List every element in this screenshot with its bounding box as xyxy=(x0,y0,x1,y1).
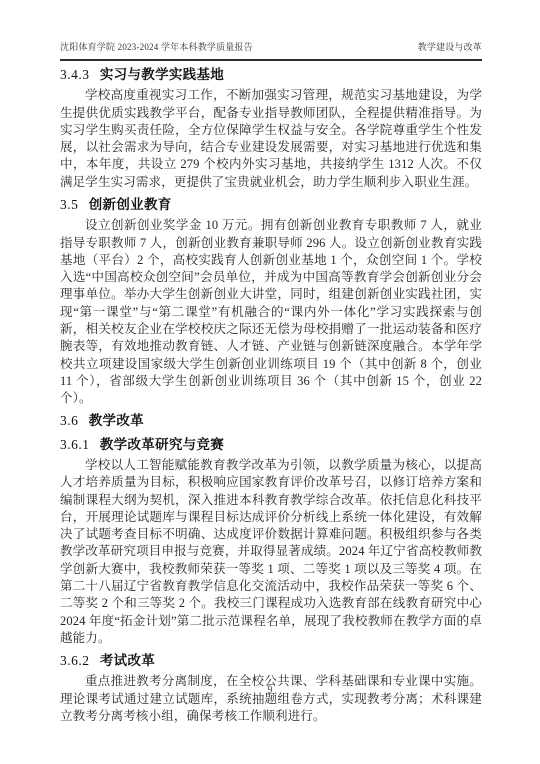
section-number: 3.6.1 xyxy=(60,437,90,452)
section-heading-3-6-1: 3.6.1 教学改革研究与竞赛 xyxy=(60,436,482,454)
page-number: 9 xyxy=(0,685,540,696)
header-report-title: 沈阳体育学院 2023-2024 学年本科教学质量报告 xyxy=(60,40,253,53)
section-title: 实习与教学实践基地 xyxy=(100,67,224,82)
section-heading-3-5: 3.5 创新创业教育 xyxy=(60,196,482,214)
paragraph-teaching-reform-research: 学校以人工智能赋能教育教学改革为引领，以教学质量为核心，以提高人才培养质量为目标… xyxy=(60,457,482,647)
section-title: 教学改革 xyxy=(89,413,144,428)
paragraph-innovation-entrepreneurship: 设立创新创业奖学金 10 万元。拥有创新创业教育专职教师 7 人，就业指导专职教… xyxy=(60,217,482,407)
paragraph-exam-reform: 重点推进教考分离制度，在全校公共课、学科基础课和专业课中实施。理论课考试通过建立… xyxy=(60,673,482,725)
page-content: 沈阳体育学院 2023-2024 学年本科教学质量报告 教学建设与改革 3.4.… xyxy=(60,40,482,727)
section-number: 3.6 xyxy=(60,413,78,428)
section-number: 3.6.2 xyxy=(60,653,90,668)
section-heading-3-4-3: 3.4.3 实习与教学实践基地 xyxy=(60,66,482,84)
header-chapter-label: 教学建设与改革 xyxy=(418,40,482,53)
running-header: 沈阳体育学院 2023-2024 学年本科教学质量报告 教学建设与改革 xyxy=(60,40,482,61)
document-page: 沈阳体育学院 2023-2024 学年本科教学质量报告 教学建设与改革 3.4.… xyxy=(0,0,540,764)
section-number: 3.5 xyxy=(60,197,78,212)
section-heading-3-6-2: 3.6.2 考试改革 xyxy=(60,652,482,670)
paragraph-internship-bases: 学校高度重视实习工作，不断加强实习管理，规范实习基地建设，为学生提供优质实践教学… xyxy=(60,87,482,191)
section-number: 3.4.3 xyxy=(60,67,90,82)
section-title: 教学改革研究与竞赛 xyxy=(100,437,224,452)
section-heading-3-6: 3.6 教学改革 xyxy=(60,412,482,430)
section-title: 考试改革 xyxy=(100,653,155,668)
section-title: 创新创业教育 xyxy=(89,197,172,212)
